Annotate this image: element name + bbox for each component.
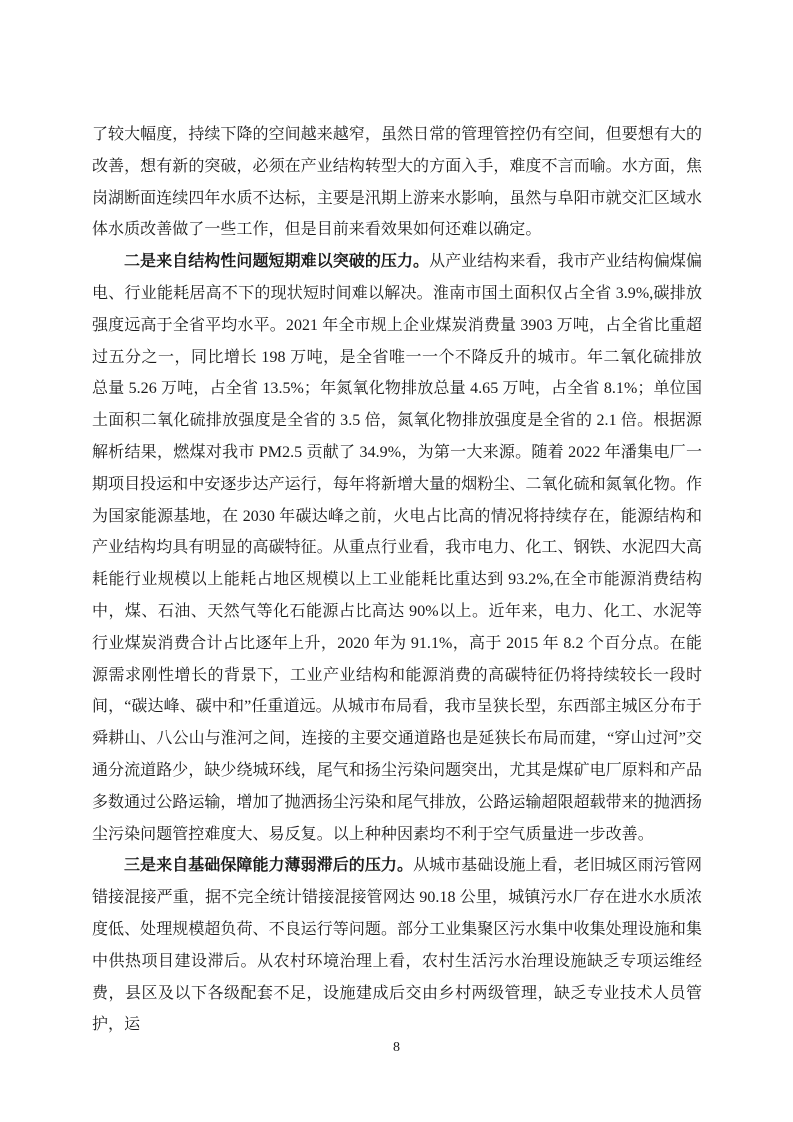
paragraph-continuation: 了较大幅度，持续下降的空间越来越窄，虽然日常的管理管控仍有空间，但要想有大的改善… <box>92 119 702 246</box>
paragraph-structural-pressure: 二是来自结构性问题短期难以突破的压力。从产业结构来看，我市产业结构偏煤偏电、行业… <box>92 246 702 850</box>
page-footer: 8 <box>0 1038 793 1058</box>
paragraph-text: 从城市基础设施上看，老旧城区雨污管网错接混接严重，据不完全统计错接混接管网达 9… <box>92 857 702 1033</box>
paragraph-infrastructure-pressure: 三是来自基础保障能力薄弱滞后的压力。从城市基础设施上看，老旧城区雨污管网错接混接… <box>92 850 702 1041</box>
page-number: 8 <box>393 1040 400 1055</box>
paragraph-lead-bold: 三是来自基础保障能力薄弱滞后的压力。 <box>124 857 413 874</box>
document-page: 了较大幅度，持续下降的空间越来越窄，虽然日常的管理管控仍有空间，但要想有大的改善… <box>0 0 793 1122</box>
paragraph-text: 从产业结构来看，我市产业结构偏煤偏电、行业能耗居高不下的现状短时间难以解决。淮南… <box>92 253 702 842</box>
paragraph-lead-bold: 二是来自结构性问题短期难以突破的压力。 <box>124 253 429 270</box>
document-body: 了较大幅度，持续下降的空间越来越窄，虽然日常的管理管控仍有空间，但要想有大的改善… <box>92 119 702 1041</box>
paragraph-text: 了较大幅度，持续下降的空间越来越窄，虽然日常的管理管控仍有空间，但要想有大的改善… <box>92 126 702 238</box>
